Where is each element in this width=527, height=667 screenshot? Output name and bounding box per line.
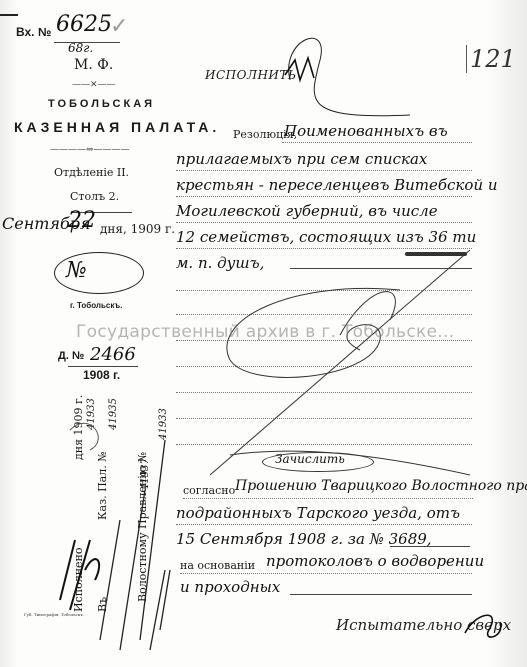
bottom-signature-flourish: [460, 608, 510, 648]
institution-line2: КАЗЕННАЯ ПАЛАТА.: [14, 119, 220, 135]
resolution-line-4: Могилевской губерний, въ числе: [176, 202, 438, 220]
incoming-number: 6625: [56, 12, 112, 37]
archive-watermark: Государственный архив в г. Тобольске...: [76, 322, 454, 342]
ruled-line: [183, 498, 473, 499]
margin-mark: [0, 14, 18, 16]
resolution-line-3: крестьян - переселенцевъ Витебской и: [176, 176, 498, 194]
ruled-line: [180, 573, 472, 574]
ruled-line: [176, 222, 472, 223]
number-label: №: [66, 258, 87, 283]
signature-flourish-top: [270, 20, 430, 120]
city: г. Тобольскъ.: [70, 301, 122, 310]
institution-line1: ТОБОЛЬСКАЯ: [48, 98, 155, 110]
ornament-divider: ——✕——: [72, 80, 116, 90]
incoming-sub: 68г.: [68, 41, 93, 55]
resolution-line-2: прилагаемыхъ при сем списках: [176, 150, 427, 168]
case-number: 2466: [90, 344, 136, 365]
enroll-line-2: подрайонныхъ Тарского уезда, отъ: [176, 504, 460, 522]
ruled-line: [176, 170, 472, 171]
check-mark-icon: ✓: [110, 14, 128, 39]
resolution-line-1: Поименованныхъ въ: [284, 122, 448, 140]
incoming-label: Вх. №: [16, 25, 51, 39]
enroll-word: Зачислить: [275, 452, 345, 466]
department: Отдѣленіе II.: [54, 166, 129, 179]
according-text: Прошению Тварицкого Волостного прав.: [235, 478, 527, 494]
according-label: согласно: [183, 484, 235, 497]
ruled-line: [176, 196, 472, 197]
basis-line-2: и проходных: [180, 578, 280, 596]
basis-text: протоколовъ о водворении: [266, 552, 484, 570]
case-label: Д. №: [58, 350, 84, 362]
strike-through-flourish: [170, 240, 470, 480]
printer-imprint: Губ. Типографія, Тобольскъ.: [24, 612, 84, 617]
ornament-divider-2: ————⇔————: [50, 145, 130, 155]
enroll-line3-rule: [390, 546, 470, 547]
date-day: 22: [68, 208, 96, 233]
page-number: 121: [466, 45, 516, 73]
ruled-line: [282, 142, 472, 143]
case-rule: [68, 366, 138, 367]
scan-edge-shadow-left: [0, 0, 18, 667]
scan-edge-shadow-right: [487, 0, 527, 667]
desk: Столъ 2.: [70, 190, 119, 203]
vertical-handwriting-scribbles: [30, 380, 180, 660]
date-suffix: дня, 1909 г.: [100, 222, 175, 236]
ruled-line: [176, 524, 472, 525]
basis-label: на основаніи: [180, 559, 255, 572]
initials: М. Ф.: [74, 57, 113, 73]
basis-end-rule: [290, 594, 472, 595]
